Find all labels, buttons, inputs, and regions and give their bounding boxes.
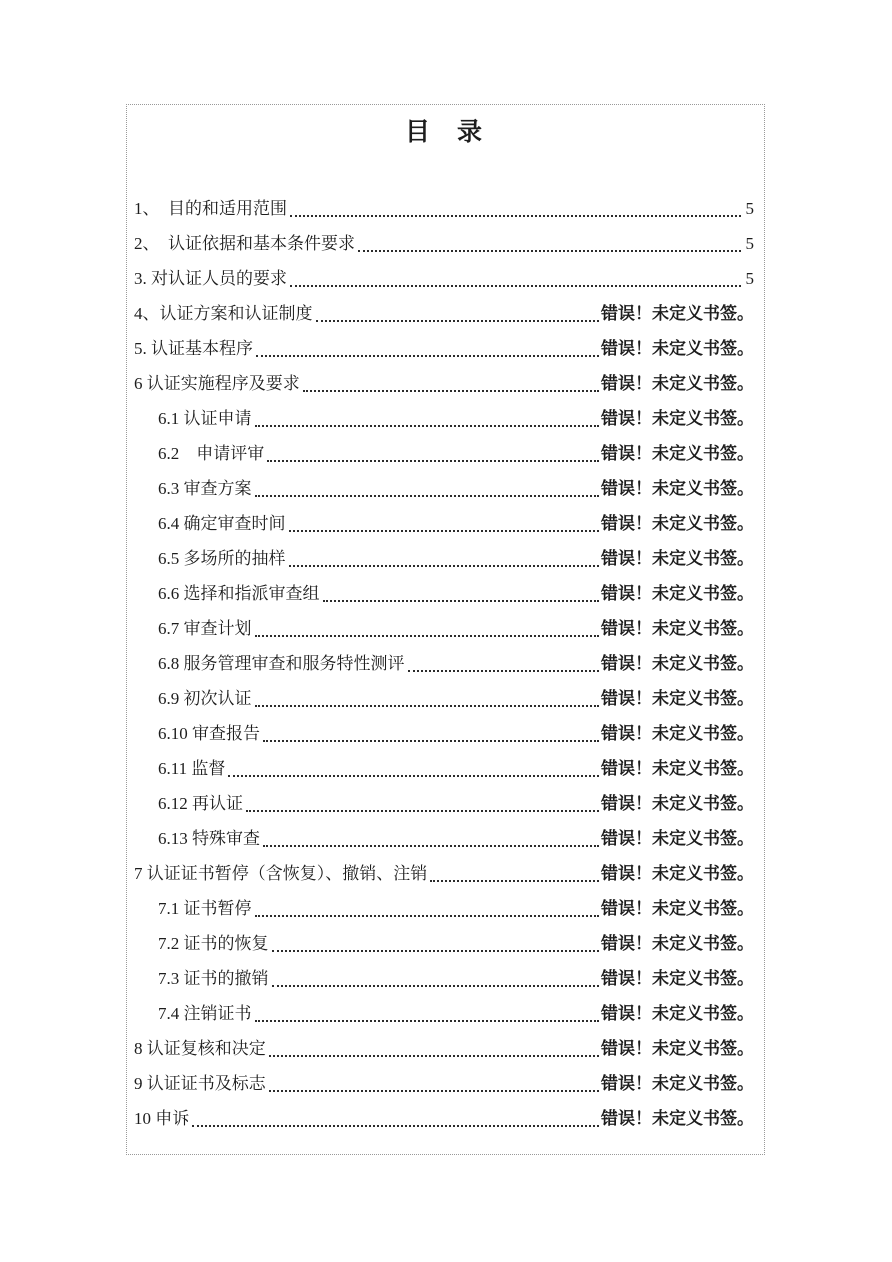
toc-entry[interactable]: 6.1 认证申请 错误！未定义书签。 (134, 401, 754, 436)
toc-entry-page: 错误！未定义书签。 (601, 436, 754, 471)
toc-entry-label: 7 认证证书暂停（含恢复）、撤销、注销 (134, 856, 427, 891)
toc-entry-page: 错误！未定义书签。 (601, 926, 754, 961)
dot-leader (323, 576, 600, 611)
dot-leader (272, 926, 600, 961)
toc-entry[interactable]: 5. 认证基本程序 错误！未定义书签。 (134, 331, 754, 366)
toc-entry-label: 1、 目的和适用范围 (134, 191, 287, 226)
toc-entry-label: 7.1 证书暂停 (158, 891, 252, 926)
toc-entry[interactable]: 6.7 审查计划 错误！未定义书签。 (134, 611, 754, 646)
toc-entry-page: 错误！未定义书签。 (601, 751, 754, 786)
toc-entry[interactable]: 6.13 特殊审查 错误！未定义书签。 (134, 821, 754, 856)
toc-entry-label: 6.9 初次认证 (158, 681, 252, 716)
toc-entry[interactable]: 3. 对认证人员的要求 5 (134, 261, 754, 296)
toc-entry[interactable]: 6.9 初次认证 错误！未定义书签。 (134, 681, 754, 716)
toc-entry[interactable]: 7 认证证书暂停（含恢复）、撤销、注销 错误！未定义书签。 (134, 856, 754, 891)
dot-leader (290, 261, 741, 296)
toc-entry[interactable]: 8 认证复核和决定 错误！未定义书签。 (134, 1031, 754, 1066)
toc-entry-page: 错误！未定义书签。 (601, 611, 754, 646)
toc-entry-page: 错误！未定义书签。 (601, 506, 754, 541)
toc-entry-page: 错误！未定义书签。 (601, 646, 754, 681)
toc-entry[interactable]: 7.3 证书的撤销 错误！未定义书签。 (134, 961, 754, 996)
toc-entry-label: 7.2 证书的恢复 (158, 926, 269, 961)
dot-leader (358, 226, 741, 261)
toc-entry[interactable]: 6 认证实施程序及要求 错误！未定义书签。 (134, 366, 754, 401)
dot-leader (263, 716, 599, 751)
toc-entry-label: 5. 认证基本程序 (134, 331, 253, 366)
toc-entry-label: 6.10 审查报告 (158, 716, 260, 751)
dot-leader (267, 436, 599, 471)
toc-entry-page: 错误！未定义书签。 (601, 331, 754, 366)
toc-entry-page: 错误！未定义书签。 (601, 366, 754, 401)
toc-entry-label: 6.2 申请评审 (158, 436, 264, 471)
toc-entry-page: 错误！未定义书签。 (601, 471, 754, 506)
dot-leader (408, 646, 600, 681)
toc-entry[interactable]: 9 认证证书及标志 错误！未定义书签。 (134, 1066, 754, 1101)
toc-entry-page: 错误！未定义书签。 (601, 716, 754, 751)
toc-entry[interactable]: 6.6 选择和指派审查组 错误！未定义书签。 (134, 576, 754, 611)
toc-entry[interactable]: 6.4 确定审查时间 错误！未定义书签。 (134, 506, 754, 541)
toc-entry[interactable]: 1、 目的和适用范围 5 (134, 191, 754, 226)
toc-entry-page: 错误！未定义书签。 (601, 576, 754, 611)
toc-entry-page: 错误！未定义书签。 (601, 891, 754, 926)
toc-entry-page: 错误！未定义书签。 (601, 296, 754, 331)
toc-entry-label: 7.4 注销证书 (158, 996, 252, 1031)
dot-leader (255, 401, 600, 436)
dot-leader (246, 786, 599, 821)
dot-leader (256, 331, 599, 366)
toc-entry-label: 6 认证实施程序及要求 (134, 366, 300, 401)
toc-entry[interactable]: 7.4 注销证书 错误！未定义书签。 (134, 996, 754, 1031)
toc-entry-label: 6.7 审查计划 (158, 611, 252, 646)
toc-entry-page: 错误！未定义书签。 (601, 1066, 754, 1101)
toc-entry-page: 错误！未定义书签。 (601, 961, 754, 996)
toc-entry[interactable]: 4、认证方案和认证制度 错误！未定义书签。 (134, 296, 754, 331)
toc-entry-page: 错误！未定义书签。 (601, 541, 754, 576)
toc-entry-label: 6.4 确定审查时间 (158, 506, 286, 541)
toc-entry[interactable]: 7.1 证书暂停 错误！未定义书签。 (134, 891, 754, 926)
toc-entry[interactable]: 6.12 再认证 错误！未定义书签。 (134, 786, 754, 821)
toc-entry-label: 6.5 多场所的抽样 (158, 541, 286, 576)
toc-entry-page: 错误！未定义书签。 (601, 1101, 754, 1136)
toc-entry[interactable]: 6.8 服务管理审查和服务特性测评 错误！未定义书签。 (134, 646, 754, 681)
dot-leader (303, 366, 599, 401)
dot-leader (289, 541, 600, 576)
toc-entry-page: 错误！未定义书签。 (601, 786, 754, 821)
toc-entry-page: 5 (743, 261, 755, 296)
dot-leader (269, 1031, 599, 1066)
toc-entry-label: 6.6 选择和指派审查组 (158, 576, 320, 611)
toc-page-frame: 目 录 1、 目的和适用范围 5 2、 认证依据和基本条件要求 5 3. 对认证… (126, 104, 765, 1155)
toc-entry-page: 错误！未定义书签。 (601, 1031, 754, 1066)
dot-leader (316, 296, 600, 331)
toc-entry[interactable]: 6.2 申请评审 错误！未定义书签。 (134, 436, 754, 471)
dot-leader (430, 856, 599, 891)
dot-leader (192, 1101, 599, 1136)
toc-entry-label: 6.3 审查方案 (158, 471, 252, 506)
toc-entry-page: 错误！未定义书签。 (601, 856, 754, 891)
dot-leader (255, 891, 600, 926)
toc-entry-label: 9 认证证书及标志 (134, 1066, 266, 1101)
dot-leader (263, 821, 599, 856)
toc-entry-page: 5 (743, 191, 755, 226)
toc-entry-page: 错误！未定义书签。 (601, 821, 754, 856)
dot-leader (255, 681, 600, 716)
toc-entry-label: 6.12 再认证 (158, 786, 243, 821)
toc-entry-label: 6.11 监督 (158, 751, 225, 786)
toc-entry[interactable]: 6.11 监督 错误！未定义书签。 (134, 751, 754, 786)
dot-leader (290, 191, 741, 226)
toc-entry-label: 8 认证复核和决定 (134, 1031, 266, 1066)
toc-title: 目 录 (134, 116, 754, 149)
toc-entry-label: 2、 认证依据和基本条件要求 (134, 226, 355, 261)
dot-leader (255, 611, 600, 646)
toc-entry-label: 6.13 特殊审查 (158, 821, 260, 856)
toc-entry-page: 错误！未定义书签。 (601, 401, 754, 436)
toc-entry-page: 错误！未定义书签。 (601, 681, 754, 716)
toc-entry[interactable]: 6.10 审查报告 错误！未定义书签。 (134, 716, 754, 751)
toc-entry[interactable]: 6.5 多场所的抽样 错误！未定义书签。 (134, 541, 754, 576)
toc-entry-label: 6.1 认证申请 (158, 401, 252, 436)
toc-entry[interactable]: 6.3 审查方案 错误！未定义书签。 (134, 471, 754, 506)
toc-entry[interactable]: 10 申诉 错误！未定义书签。 (134, 1101, 754, 1136)
toc-entry-label: 4、认证方案和认证制度 (134, 296, 313, 331)
dot-leader (289, 506, 600, 541)
toc-entry-page: 错误！未定义书签。 (601, 996, 754, 1031)
toc-entry[interactable]: 2、 认证依据和基本条件要求 5 (134, 226, 754, 261)
dot-leader (272, 961, 600, 996)
toc-list: 1、 目的和适用范围 5 2、 认证依据和基本条件要求 5 3. 对认证人员的要… (134, 191, 754, 1136)
toc-entry-label: 7.3 证书的撤销 (158, 961, 269, 996)
toc-entry-label: 10 申诉 (134, 1101, 189, 1136)
dot-leader (255, 996, 600, 1031)
toc-entry[interactable]: 7.2 证书的恢复 错误！未定义书签。 (134, 926, 754, 961)
dot-leader (228, 751, 599, 786)
toc-entry-label: 3. 对认证人员的要求 (134, 261, 287, 296)
dot-leader (255, 471, 600, 506)
toc-entry-page: 5 (743, 226, 755, 261)
toc-entry-label: 6.8 服务管理审查和服务特性测评 (158, 646, 405, 681)
dot-leader (269, 1066, 599, 1101)
